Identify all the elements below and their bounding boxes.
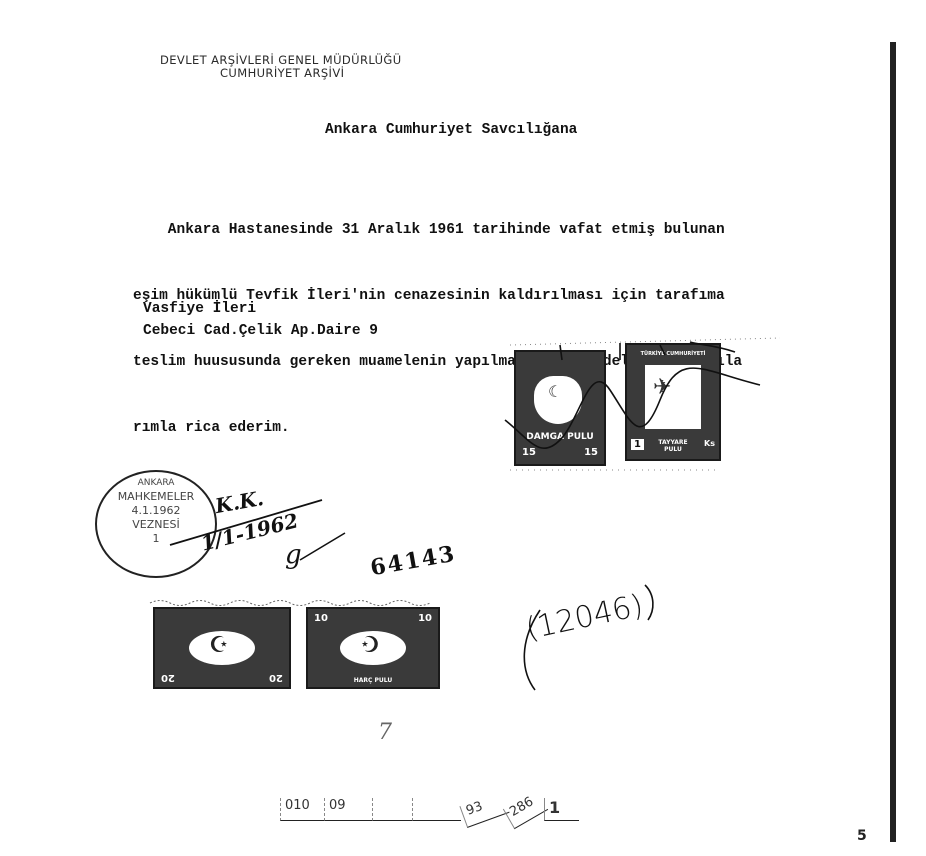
archive-document-page: DEVLET ARŞİVLERİ GENEL MÜDÜRLÜĞÜ CUMHURİ… [0, 0, 926, 856]
ink-strokes [0, 0, 926, 856]
